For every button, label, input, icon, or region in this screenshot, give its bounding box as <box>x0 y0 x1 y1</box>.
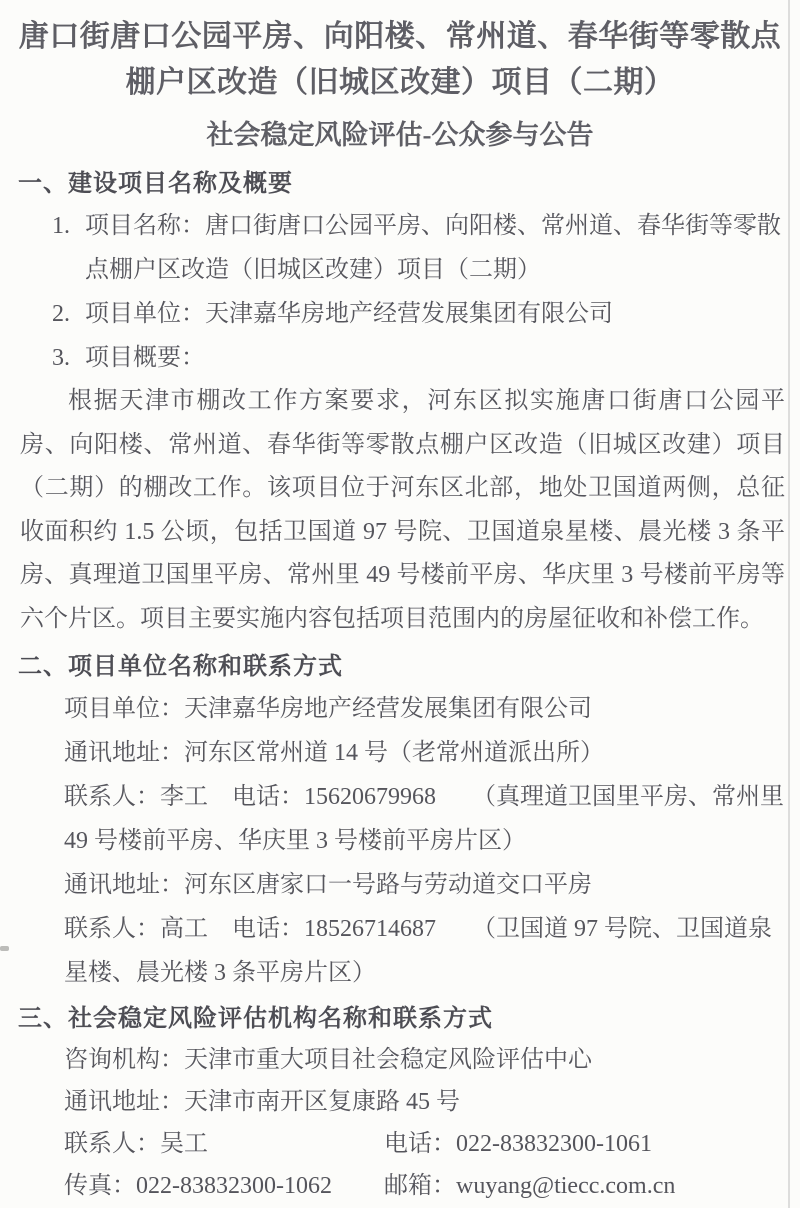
agency-contact-phone-row: 联系人：吴工电话：022-83832300-1061 <box>64 1123 786 1165</box>
section1-heading: 一、建设项目名称及概要 <box>18 164 786 204</box>
agency-fax-email-row: 传真：022-83832300-1062邮箱：wuyang@tiecc.com.… <box>64 1165 786 1207</box>
document-title-line1: 唐口街唐口公园平房、向阳楼、常州道、春华街等零散点 <box>0 14 800 60</box>
agency-fax: 传真：022-83832300-1062 <box>64 1165 384 1207</box>
agency-address-line: 通讯地址：天津市南开区复康路 45 号 <box>64 1081 786 1123</box>
list-item-project-owner: 2. 项目单位：天津嘉华房地产经营发展集团有限公司 <box>52 292 786 336</box>
owner-contact-line-2: 联系人：高工 电话：18526714687 （卫国道 97 号院、卫国道泉星楼、… <box>64 907 786 995</box>
page-edge-line <box>788 0 790 1208</box>
project-summary-paragraph: 根据天津市棚改工作方案要求，河东区拟实施唐口街唐口公园平房、向阳楼、常州道、春华… <box>20 380 785 641</box>
owner-address-line-2: 通讯地址：河东区唐家口一号路与劳动道交口平房 <box>64 863 786 907</box>
agency-phone: 电话：022-83832300-1061 <box>384 1131 652 1157</box>
list-item-number: 1. <box>52 204 85 292</box>
agency-contact-person: 联系人：吴工 <box>64 1123 384 1165</box>
list-item-text: 项目名称：唐口街唐口公园平房、向阳楼、常州道、春华街等零散点棚户区改造（旧城区改… <box>85 204 786 292</box>
agency-name-line: 咨询机构：天津市重大项目社会稳定风险评估中心 <box>64 1039 786 1081</box>
section-assessment-agency-contact: 三、社会稳定风险评估机构名称和联系方式 咨询机构：天津市重大项目社会稳定风险评估… <box>0 999 800 1207</box>
section2-heading: 二、项目单位名称和联系方式 <box>18 647 786 687</box>
list-item-text: 项目概要： <box>85 336 786 380</box>
list-item-number: 3. <box>52 336 85 380</box>
list-item-text: 项目单位：天津嘉华房地产经营发展集团有限公司 <box>85 292 786 336</box>
scan-artifact <box>0 946 9 951</box>
list-item-project-name: 1. 项目名称：唐口街唐口公园平房、向阳楼、常州道、春华街等零散点棚户区改造（旧… <box>52 204 786 292</box>
document-title-line2: 棚户区改造（旧城区改建）项目（二期） <box>0 60 800 106</box>
section-owner-contact: 二、项目单位名称和联系方式 项目单位：天津嘉华房地产经营发展集团有限公司 通讯地… <box>0 647 800 995</box>
section3-heading: 三、社会稳定风险评估机构名称和联系方式 <box>18 999 786 1039</box>
list-item-project-summary-label: 3. 项目概要： <box>52 336 786 380</box>
document-subtitle: 社会稳定风险评估-公众参与公告 <box>0 112 800 158</box>
list-item-number: 2. <box>52 292 85 336</box>
owner-contact-line-1: 联系人：李工 电话：15620679968 （真理道卫国里平房、常州里 49 号… <box>64 775 786 863</box>
agency-email: 邮箱：wuyang@tiecc.com.cn <box>384 1173 675 1199</box>
owner-address-line-1: 通讯地址：河东区常州道 14 号（老常州道派出所） <box>64 731 786 775</box>
section-project-overview: 一、建设项目名称及概要 1. 项目名称：唐口街唐口公园平房、向阳楼、常州道、春华… <box>0 164 800 641</box>
document-page: 唐口街唐口公园平房、向阳楼、常州道、春华街等零散点 棚户区改造（旧城区改建）项目… <box>0 0 800 1208</box>
owner-name-line: 项目单位：天津嘉华房地产经营发展集团有限公司 <box>64 687 786 731</box>
